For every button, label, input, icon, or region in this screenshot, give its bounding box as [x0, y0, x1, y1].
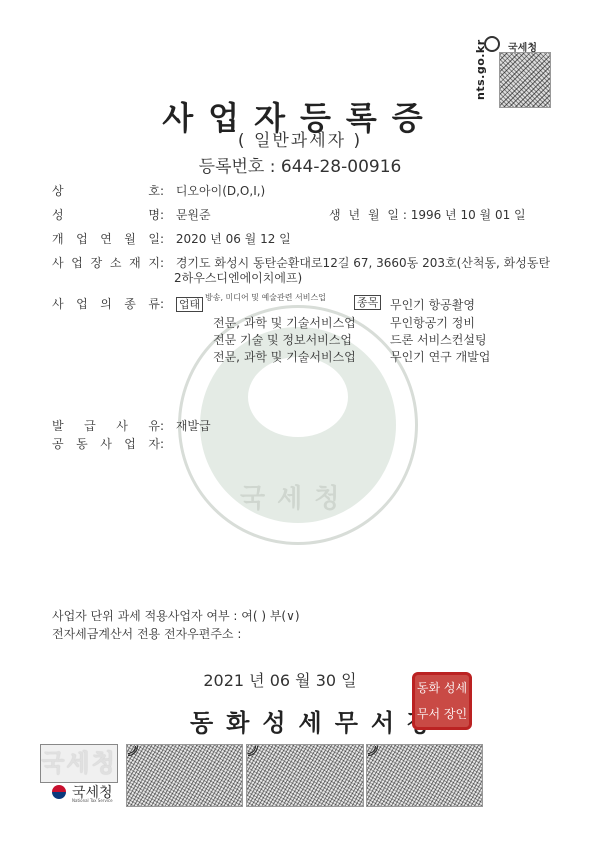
- business-category-1: 방송, 미디어 및 예술관련 서비스업: [205, 293, 345, 302]
- business-category-2: 전문, 과학 및 기술서비스업: [213, 314, 356, 331]
- security-barcode-2: [246, 744, 364, 807]
- nts-embossed-logo: 국세청: [40, 744, 118, 783]
- category-tag: 업태: [176, 297, 203, 312]
- field-label: 사업의종류: [52, 295, 160, 312]
- item-tag: 종목: [354, 295, 381, 310]
- field-issue-reason: 발급사유 : 재발급: [52, 417, 211, 434]
- field-label: 성명: [52, 206, 160, 223]
- nts-logo-subtext: National Tax Service: [72, 798, 113, 803]
- name-value: 문원준: [176, 206, 211, 223]
- business-category-4: 전문, 과학 및 기술서비스업: [213, 348, 356, 365]
- birth-date-label: 생년월일: [329, 206, 399, 223]
- open-date-value: 2020 년 06 월 12 일: [176, 230, 291, 247]
- site-url: nts.go.kr: [474, 39, 487, 100]
- field-label: 사업장소재지: [52, 254, 160, 271]
- business-item-3: 드론 서비스컨설팅: [390, 331, 487, 348]
- security-barcode-1: [126, 744, 243, 807]
- business-item-2: 무인항공기 정비: [390, 314, 475, 331]
- unit-taxation: 사업자 단위 과세 적용사업자 여부 : 여( ) 부(∨): [52, 607, 300, 624]
- registration-number: 등록번호 : 644-28-00916: [0, 152, 600, 177]
- field-co-owner: 공동사업자 :: [52, 435, 176, 452]
- unit-taxation-value: 여( ) 부(∨): [241, 609, 299, 623]
- birth-date-value: 1996 년 10 월 01 일: [411, 208, 526, 222]
- registration-number-value: 644-28-00916: [281, 157, 401, 177]
- business-category-3: 전문 기술 및 정보서비스업: [213, 331, 352, 348]
- trade-name-value: 디오아이(D,O,I,): [176, 182, 265, 199]
- e-invoice-email: 전자세금계산서 전용 전자우편주소 :: [52, 625, 241, 642]
- swirl-icon: [368, 746, 378, 756]
- field-name: 성명 : 문원준 생년월일 : 1996 년 10 월 01 일: [52, 206, 552, 223]
- field-label: 상호: [52, 182, 160, 199]
- swirl-icon: [128, 746, 138, 756]
- watermark-text: 국세청: [240, 478, 351, 515]
- registration-number-label: 등록번호: [199, 157, 265, 177]
- issue-reason-value: 재발급: [176, 417, 211, 434]
- business-item-4: 무인기 연구 개발업: [390, 348, 490, 365]
- address-line-2: 2하우스디엔에이치에프): [174, 269, 302, 286]
- official-seal-stamp: 동화성세 무서장인: [412, 672, 472, 730]
- taxpayer-type: ( 일반과세자 ): [0, 126, 600, 151]
- e-invoice-email-label: 전자세금계산서 전용 전자우편주소: [52, 627, 234, 641]
- birth-date: 생년월일 : 1996 년 10 월 01 일: [329, 206, 526, 223]
- field-open-date: 개업연월일 : 2020 년 06 월 12 일: [52, 230, 291, 247]
- taeguk-icon: [52, 785, 66, 799]
- swirl-icon: [248, 746, 258, 756]
- field-label: 발급사유: [52, 417, 160, 434]
- business-item-1: 무인기 항공촬영: [390, 296, 475, 313]
- issue-date: 2021 년 06 월 30 일: [0, 668, 600, 691]
- field-business-type: 사업의종류 : 업태: [52, 295, 203, 312]
- issuing-office: 동화성세무서장: [190, 703, 443, 738]
- security-barcode-3: [366, 744, 483, 807]
- unit-taxation-label: 사업자 단위 과세 적용사업자 여부: [52, 609, 230, 623]
- field-label: 공동사업자: [52, 435, 160, 452]
- field-label: 개업연월일: [52, 230, 160, 247]
- field-trade-name: 상호 : 디오아이(D,O,I,): [52, 182, 265, 199]
